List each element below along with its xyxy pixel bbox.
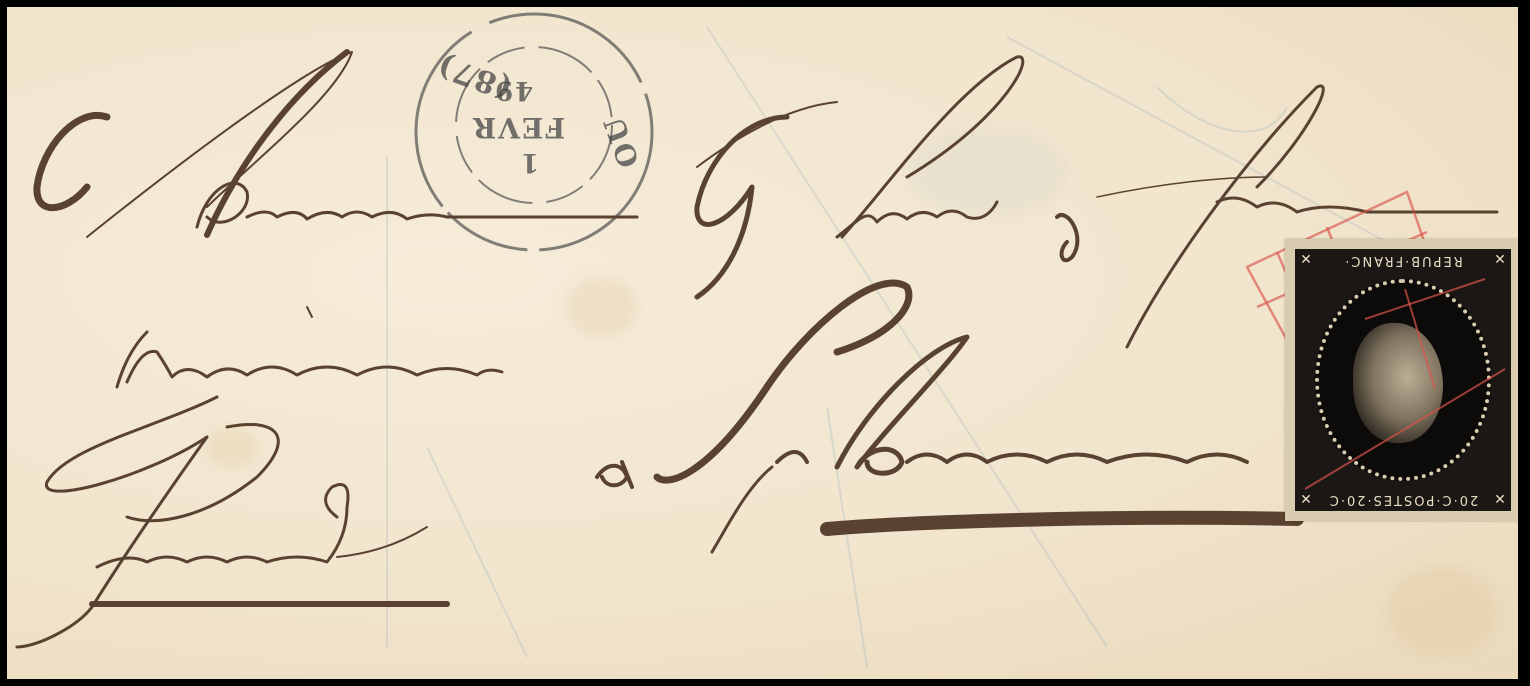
envelope-cover: (87) 49 FEVR 1 OU [7, 7, 1518, 679]
postage-stamp: REPUB·FRANC· 20·C·POSTES·20·C ✕ ✕ ✕ ✕ [1285, 239, 1518, 521]
stamp-cancel-overlay [1285, 239, 1518, 521]
image-frame: (87) 49 FEVR 1 OU [0, 0, 1530, 686]
